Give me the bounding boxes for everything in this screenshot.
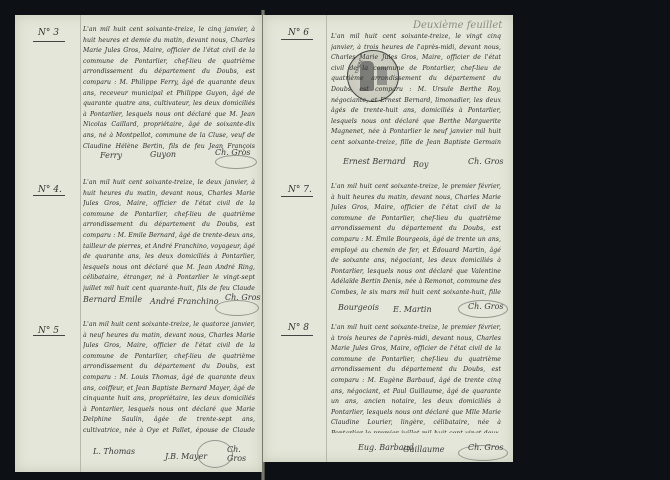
margin-line xyxy=(326,15,327,462)
page-header: Deuxième feuillet xyxy=(413,20,502,31)
signature-flourish xyxy=(458,300,508,318)
entry-text: L'an mil huit cent soixante-treize, le p… xyxy=(331,323,501,433)
entry-number: N° 6 xyxy=(288,28,309,38)
signature: Ernest Bernard xyxy=(343,157,406,166)
entry-number: N° 8 xyxy=(288,323,309,333)
signature: Ferry xyxy=(100,151,122,160)
signature: André Franchino xyxy=(150,297,219,306)
signature: Bourgeois xyxy=(338,303,379,312)
entry-number: N° 7. xyxy=(288,185,312,195)
signature: Guillaume xyxy=(403,445,444,454)
signature: Bernard Emile xyxy=(83,295,142,304)
entry-text: L'an mil huit cent soixante-treize, le q… xyxy=(83,320,255,435)
entry-rule xyxy=(33,195,65,196)
entry-number: N° 3 xyxy=(38,28,59,38)
signature-flourish xyxy=(215,300,259,316)
entry-text: L'an mil huit cent soixante-treize, le d… xyxy=(83,178,255,293)
entry-rule xyxy=(33,335,65,336)
entry-text: L'an mil huit cent soixante-treize, le v… xyxy=(331,32,501,150)
signature: Roy xyxy=(413,160,428,169)
entry-text: L'an mil huit cent soixante-treize, le p… xyxy=(331,182,501,297)
entry-rule xyxy=(281,335,313,336)
entry-rule xyxy=(281,196,313,197)
signature-flourish xyxy=(197,440,233,468)
right-page: Deuxième feuillet TIMBRE N° 6 L'an mil h… xyxy=(263,15,513,462)
margin-line xyxy=(80,15,81,472)
signature: E. Martin xyxy=(393,305,432,314)
entry-rule xyxy=(33,41,65,42)
signature-flourish xyxy=(215,155,257,169)
signature: Ch. Gros xyxy=(468,157,504,166)
entry-rule xyxy=(281,39,313,40)
left-page: N° 3 L'an mil huit cent soixante-treize,… xyxy=(15,15,262,472)
signature: Guyon xyxy=(150,150,176,159)
entry-number: N° 4. xyxy=(38,185,62,195)
entry-text: L'an mil huit cent soixante-treize, le c… xyxy=(83,25,255,150)
signature: L. Thomas xyxy=(93,447,135,456)
signature-flourish xyxy=(458,445,508,461)
